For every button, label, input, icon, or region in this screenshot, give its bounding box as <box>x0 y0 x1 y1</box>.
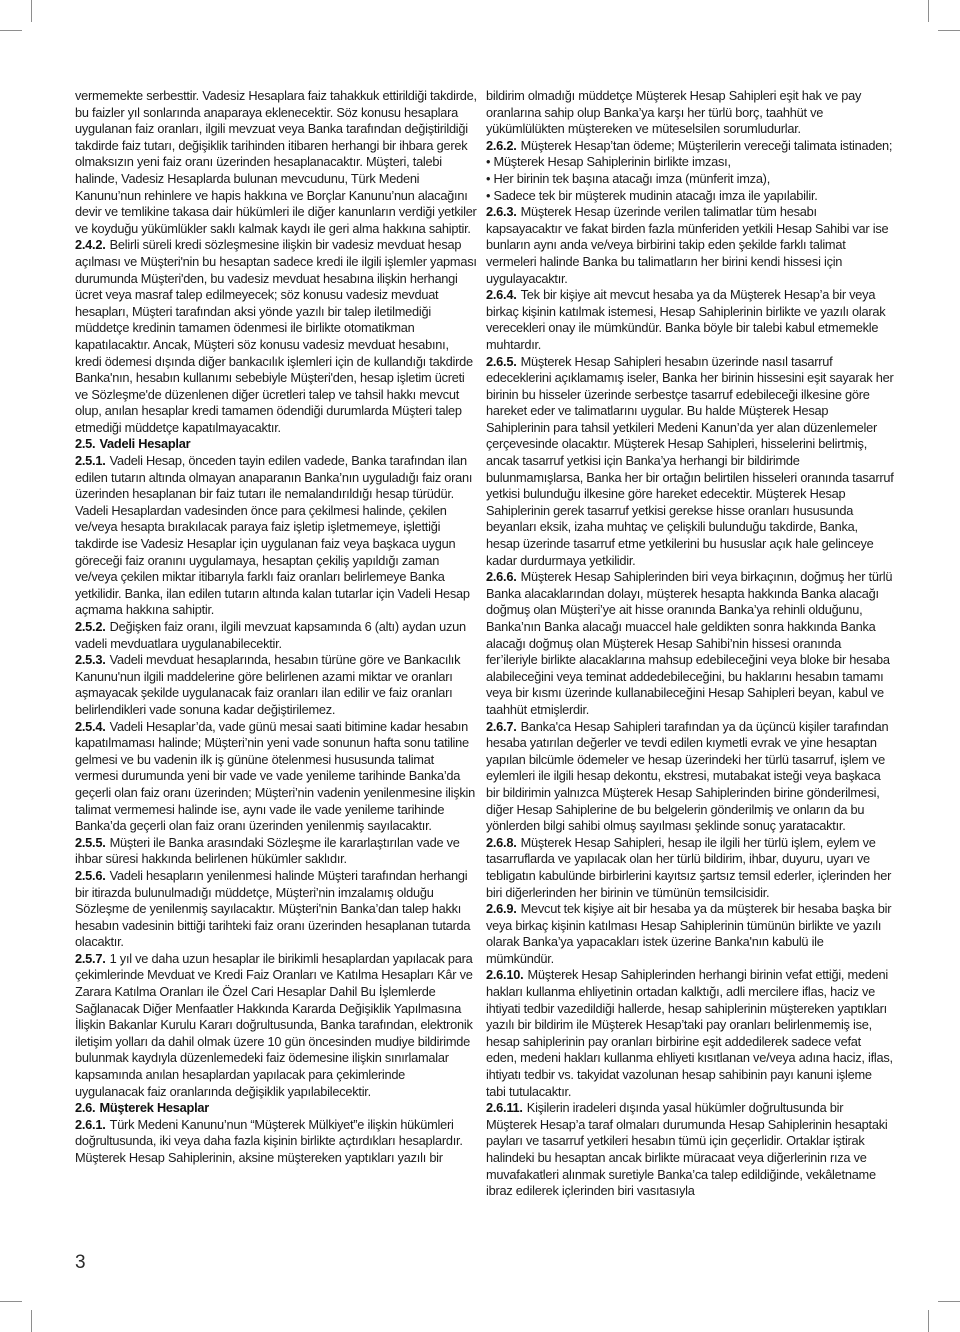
crop-mark-top-left-horizontal <box>0 30 22 31</box>
section-number: 2.6.11. <box>486 1100 523 1115</box>
section-2-5-5: 2.5.5.Müşteri ile Banka arasındaki Sözle… <box>75 835 477 868</box>
section-number: 2.6.7. <box>486 719 517 734</box>
section-text: Vadeli Hesaplar’da, vade günü mesai saat… <box>75 719 475 834</box>
section-number: 2.6.10. <box>486 967 523 982</box>
section-2-5-7: 2.5.7.1 yıl ve daha uzun hesaplar ile bi… <box>75 951 477 1100</box>
bullet-item: • Sadece tek bir müşterek mudinin atacağ… <box>486 188 894 205</box>
section-number: 2.5.7. <box>75 951 106 966</box>
section-text: Müşteri ile Banka arasındaki Sözleşme il… <box>75 835 460 867</box>
section-2-4-2: 2.4.2.Belirli süreli kredi sözleşmesine … <box>75 237 477 436</box>
section-number: 2.6.3. <box>486 204 517 219</box>
section-2-6-3: 2.6.3.Müşterek Hesap üzerinde verilen ta… <box>486 204 894 287</box>
section-text: • Her birinin tek başına atacağı imza (m… <box>486 171 770 186</box>
section-number: 2.5.4. <box>75 719 106 734</box>
section-text: Vadeli hesapların yenilenmesi halinde Mü… <box>75 868 470 949</box>
section-number: 2.6.9. <box>486 901 517 916</box>
section-text: Banka'ca Hesap Sahipleri tarafından ya d… <box>486 719 888 834</box>
section-2-5-3: 2.5.3.Vadeli mevduat hesaplarında, hesab… <box>75 652 477 718</box>
crop-mark-top-left-vertical <box>31 0 32 22</box>
section-2-6-10: 2.6.10.Müşterek Hesap Sahiplerinden herh… <box>486 967 894 1100</box>
section-text: Tek bir kişiye ait mevcut hesaba ya da M… <box>486 287 885 352</box>
section-text: Mevcut tek kişiye ait bir hesaba ya da m… <box>486 901 891 966</box>
section-number: 2.6.4. <box>486 287 517 302</box>
section-text: Müşterek Hesaplar <box>99 1100 209 1115</box>
left-text-column: vermemekte serbesttir. Vadesiz Hesaplara… <box>75 88 477 1167</box>
section-text: Türk Medeni Kanunu’nun “Müşterek Mülkiye… <box>75 1117 463 1165</box>
section-2-5-1: 2.5.1.Vadeli Hesap, önceden tayin edilen… <box>75 453 477 619</box>
section-number: 2.5.5. <box>75 835 106 850</box>
section-number: 2.5. <box>75 436 95 451</box>
section-2-5-4: 2.5.4.Vadeli Hesaplar’da, vade günü mesa… <box>75 719 477 835</box>
section-number: 2.6. <box>75 1100 95 1115</box>
section-2-5-2: 2.5.2.Değişken faiz oranı, ilgili mevzua… <box>75 619 477 652</box>
crop-mark-bottom-left-horizontal <box>0 1301 22 1302</box>
section-text: Müşterek Hesap Sahiplerinden biri veya b… <box>486 569 892 717</box>
section-2-6-9: 2.6.9.Mevcut tek kişiye ait bir hesaba y… <box>486 901 894 967</box>
section-number: 2.4.2. <box>75 237 106 252</box>
crop-mark-bottom-left-vertical <box>31 1310 32 1332</box>
paragraph: bildirim olmadığı müddetçe Müşterek Hesa… <box>486 88 894 138</box>
section-text: Vadeli Hesaplar <box>99 436 190 451</box>
section-number: 2.6.2. <box>486 138 517 153</box>
section-text: Müşterek Hesap’tan ödeme; Müşterilerin v… <box>521 138 893 153</box>
section-2-6-1: 2.6.1.Türk Medeni Kanunu’nun “Müşterek M… <box>75 1117 477 1167</box>
section-text: Müşterek Hesap üzerinde verilen talimatl… <box>486 204 888 285</box>
section-text: vermemekte serbesttir. Vadesiz Hesaplara… <box>75 88 477 236</box>
section-2-6-7: 2.6.7.Banka'ca Hesap Sahipleri tarafında… <box>486 719 894 835</box>
section-number: 2.6.8. <box>486 835 517 850</box>
section-text: Belirli süreli kredi sözleşmesine ilişki… <box>75 237 477 435</box>
bullet-item: • Müşterek Hesap Sahiplerinin birlikte i… <box>486 154 894 171</box>
section-text: bildirim olmadığı müddetçe Müşterek Hesa… <box>486 88 861 136</box>
bullet-item: • Her birinin tek başına atacağı imza (m… <box>486 171 894 188</box>
section-2-6-6: 2.6.6.Müşterek Hesap Sahiplerinden biri … <box>486 569 894 718</box>
section-text: Müşterek Hesap Sahiplerinden herhangi bi… <box>486 967 893 1098</box>
section-number: 2.6.6. <box>486 569 517 584</box>
section-2-5-6: 2.5.6.Vadeli hesapların yenilenmesi hali… <box>75 868 477 951</box>
section-number: 2.5.2. <box>75 619 106 634</box>
section-2-6: 2.6.Müşterek Hesaplar <box>75 1100 477 1117</box>
section-text: Değişken faiz oranı, ilgili mevzuat kaps… <box>75 619 466 651</box>
paragraph: vermemekte serbesttir. Vadesiz Hesaplara… <box>75 88 477 237</box>
section-number: 2.5.1. <box>75 453 106 468</box>
section-2-5: 2.5.Vadeli Hesaplar <box>75 436 477 453</box>
section-text: Vadeli Hesap, önceden tayin edilen vaded… <box>75 453 472 617</box>
section-2-6-2: 2.6.2.Müşterek Hesap’tan ödeme; Müşteril… <box>486 138 894 155</box>
section-text: • Sadece tek bir müşterek mudinin atacağ… <box>486 188 818 203</box>
section-text: Vadeli mevduat hesaplarında, hesabın tür… <box>75 652 460 717</box>
section-number: 2.5.3. <box>75 652 106 667</box>
section-text: Müşterek Hesap Sahipleri hesabın üzerind… <box>486 354 894 568</box>
crop-mark-top-right-horizontal <box>938 30 960 31</box>
section-text: Müşterek Hesap Sahipleri, hesap ile ilgi… <box>486 835 891 900</box>
section-number: 2.6.1. <box>75 1117 106 1132</box>
crop-mark-bottom-right-horizontal <box>938 1301 960 1302</box>
page-number: 3 <box>75 1252 86 1274</box>
section-text: Kişilerin iradeleri dışında yasal hüküml… <box>486 1100 887 1198</box>
section-2-6-8: 2.6.8.Müşterek Hesap Sahipleri, hesap il… <box>486 835 894 901</box>
section-number: 2.5.6. <box>75 868 106 883</box>
section-2-6-11: 2.6.11.Kişilerin iradeleri dışında yasal… <box>486 1100 894 1200</box>
section-number: 2.6.5. <box>486 354 517 369</box>
crop-mark-bottom-right-vertical <box>928 1310 929 1332</box>
section-2-6-4: 2.6.4.Tek bir kişiye ait mevcut hesaba y… <box>486 287 894 353</box>
crop-mark-top-right-vertical <box>928 0 929 22</box>
section-2-6-5: 2.6.5.Müşterek Hesap Sahipleri hesabın ü… <box>486 354 894 570</box>
document-page: vermemekte serbesttir. Vadesiz Hesaplara… <box>0 0 960 1332</box>
right-text-column: bildirim olmadığı müddetçe Müşterek Hesa… <box>486 88 894 1200</box>
section-text: • Müşterek Hesap Sahiplerinin birlikte i… <box>486 154 731 169</box>
section-text: 1 yıl ve daha uzun hesaplar ile birikiml… <box>75 951 473 1099</box>
